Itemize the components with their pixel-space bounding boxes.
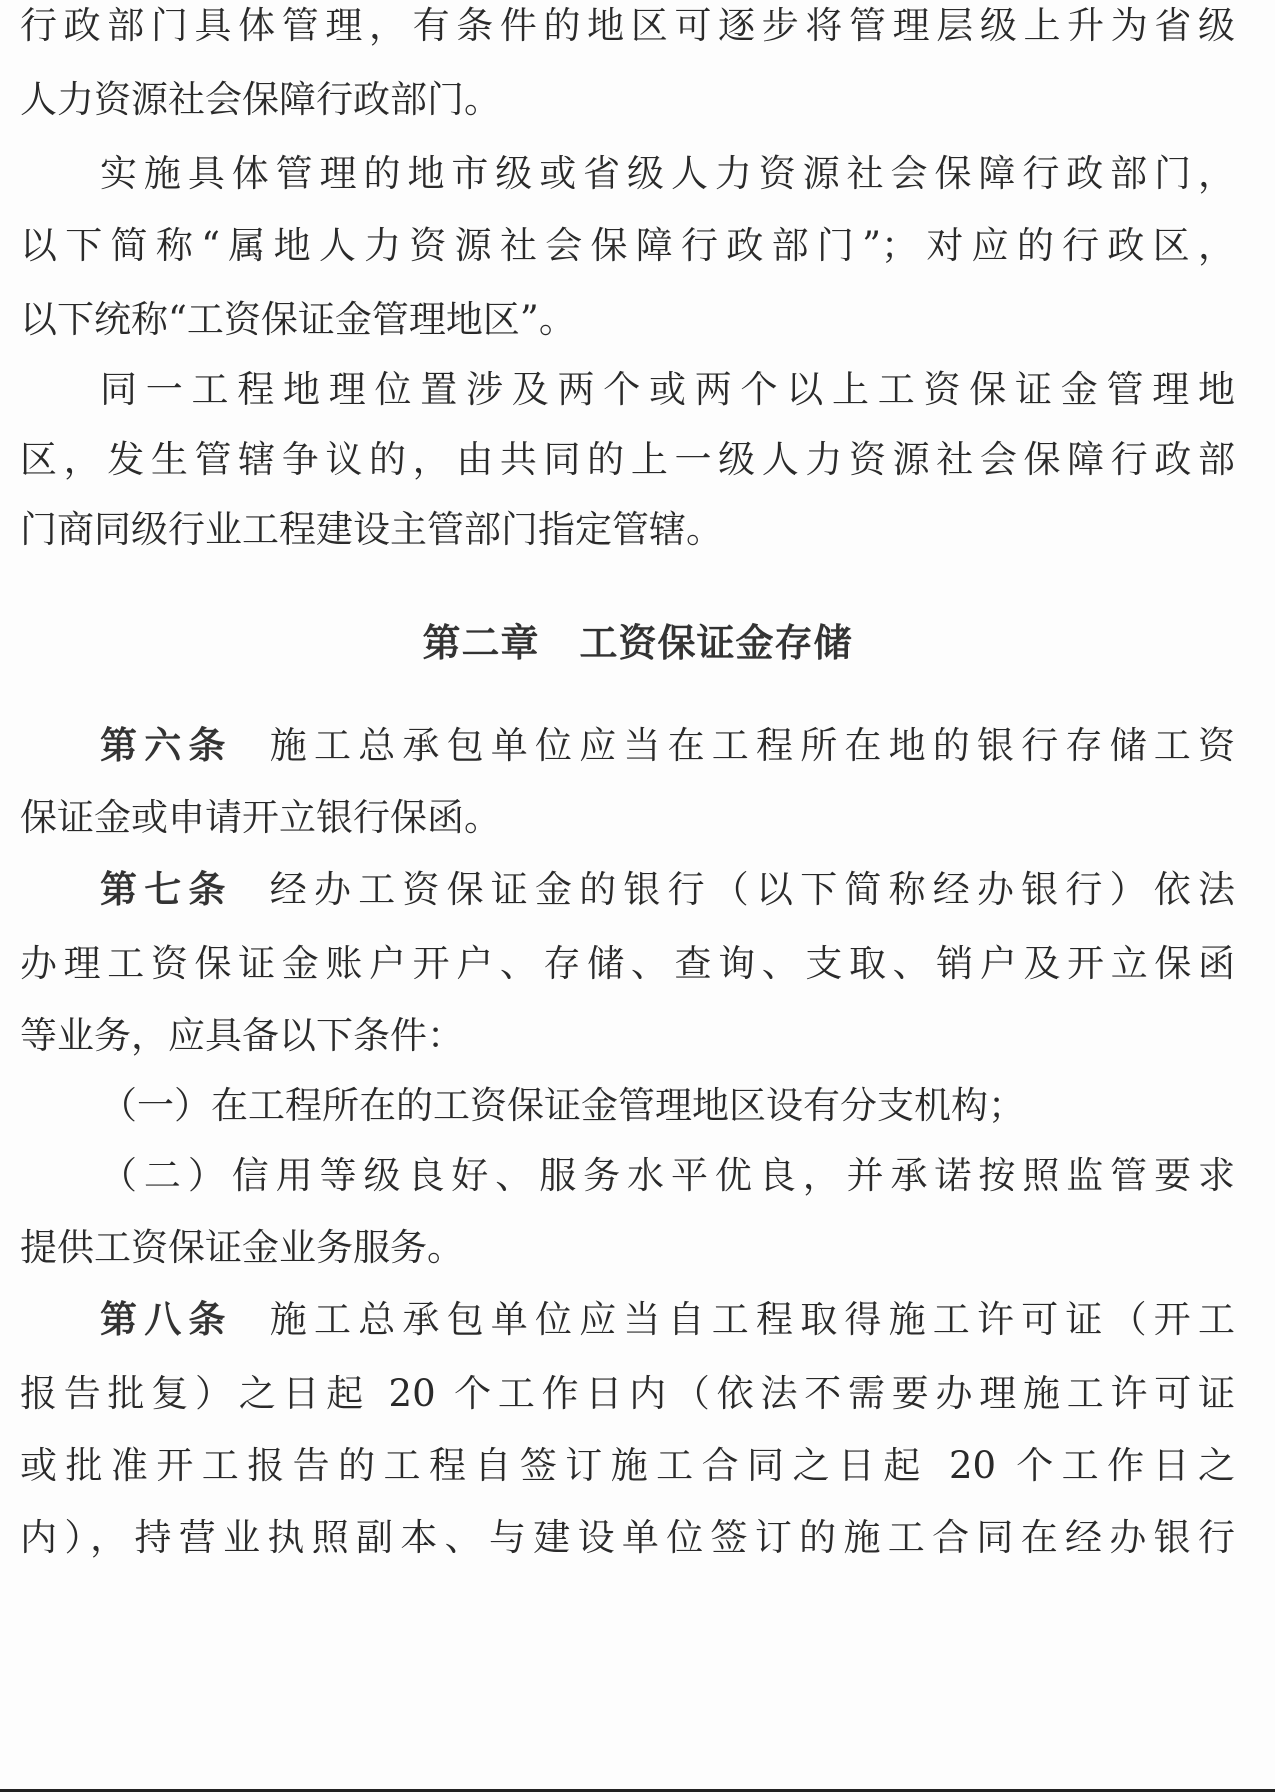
text-line: 提供工资保证金业务服务。 (20, 1224, 1235, 1272)
list-item: （二）信用等级良好、服务水平优良，并承诺按照监管要求 (100, 1152, 1235, 1200)
list-item: （一）在工程所在的工资保证金管理地区设有分支机构； (100, 1082, 1235, 1130)
text-line: 行政部门具体管理，有条件的地区可逐步将管理层级上升为省级 (20, 2, 1235, 50)
text-line: 门商同级行业工程建设主管部门指定管辖。 (20, 506, 1235, 554)
chapter-title: 工资保证金存储 (580, 621, 853, 665)
text-line: 或批准开工报告的工程自签订施工合同之日起 20 个工作日之 (20, 1442, 1235, 1490)
text-line: 以下统称“工资保证金管理地区”。 (20, 296, 1235, 344)
article-label: 第八条 (100, 1298, 233, 1341)
article-label: 第六条 (100, 724, 233, 767)
article-8-line-1: 第八条施工总承包单位应当自工程取得施工许可证（开工 (100, 1296, 1235, 1344)
chapter-number: 第二章 (422, 621, 539, 665)
article-label: 第七条 (100, 868, 233, 911)
text-line: 人力资源社会保障行政部门。 (20, 76, 1235, 124)
text-line: 保证金或申请开立银行保函。 (20, 794, 1235, 842)
text-line: 以下简称“属地人力资源社会保障行政部门”；对应的行政区， (20, 222, 1235, 270)
text-line: 等业务，应具备以下条件： (20, 1012, 1235, 1060)
text-line: 区，发生管辖争议的，由共同的上一级人力资源社会保障行政部 (20, 436, 1235, 484)
text-line: 办理工资保证金账户开户、存储、查询、支取、销户及开立保函 (20, 940, 1235, 988)
chapter-heading: 第二章工资保证金存储 (0, 612, 1275, 667)
article-7-line-1: 第七条经办工资保证金的银行（以下简称经办银行）依法 (100, 866, 1235, 914)
text-line: 同一工程地理位置涉及两个或两个以上工资保证金管理地 (100, 366, 1235, 414)
document-page: 行政部门具体管理，有条件的地区可逐步将管理层级上升为省级 人力资源社会保障行政部… (0, 0, 1275, 1792)
text-line: 实施具体管理的地市级或省级人力资源社会保障行政部门， (100, 150, 1235, 198)
text-line: 内），持营业执照副本、与建设单位签订的施工合同在经办银行 (20, 1514, 1235, 1562)
article-6-line-1: 第六条施工总承包单位应当在工程所在地的银行存储工资 (100, 722, 1235, 770)
text-line: 报告批复）之日起 20 个工作日内（依法不需要办理施工许可证 (20, 1370, 1235, 1418)
